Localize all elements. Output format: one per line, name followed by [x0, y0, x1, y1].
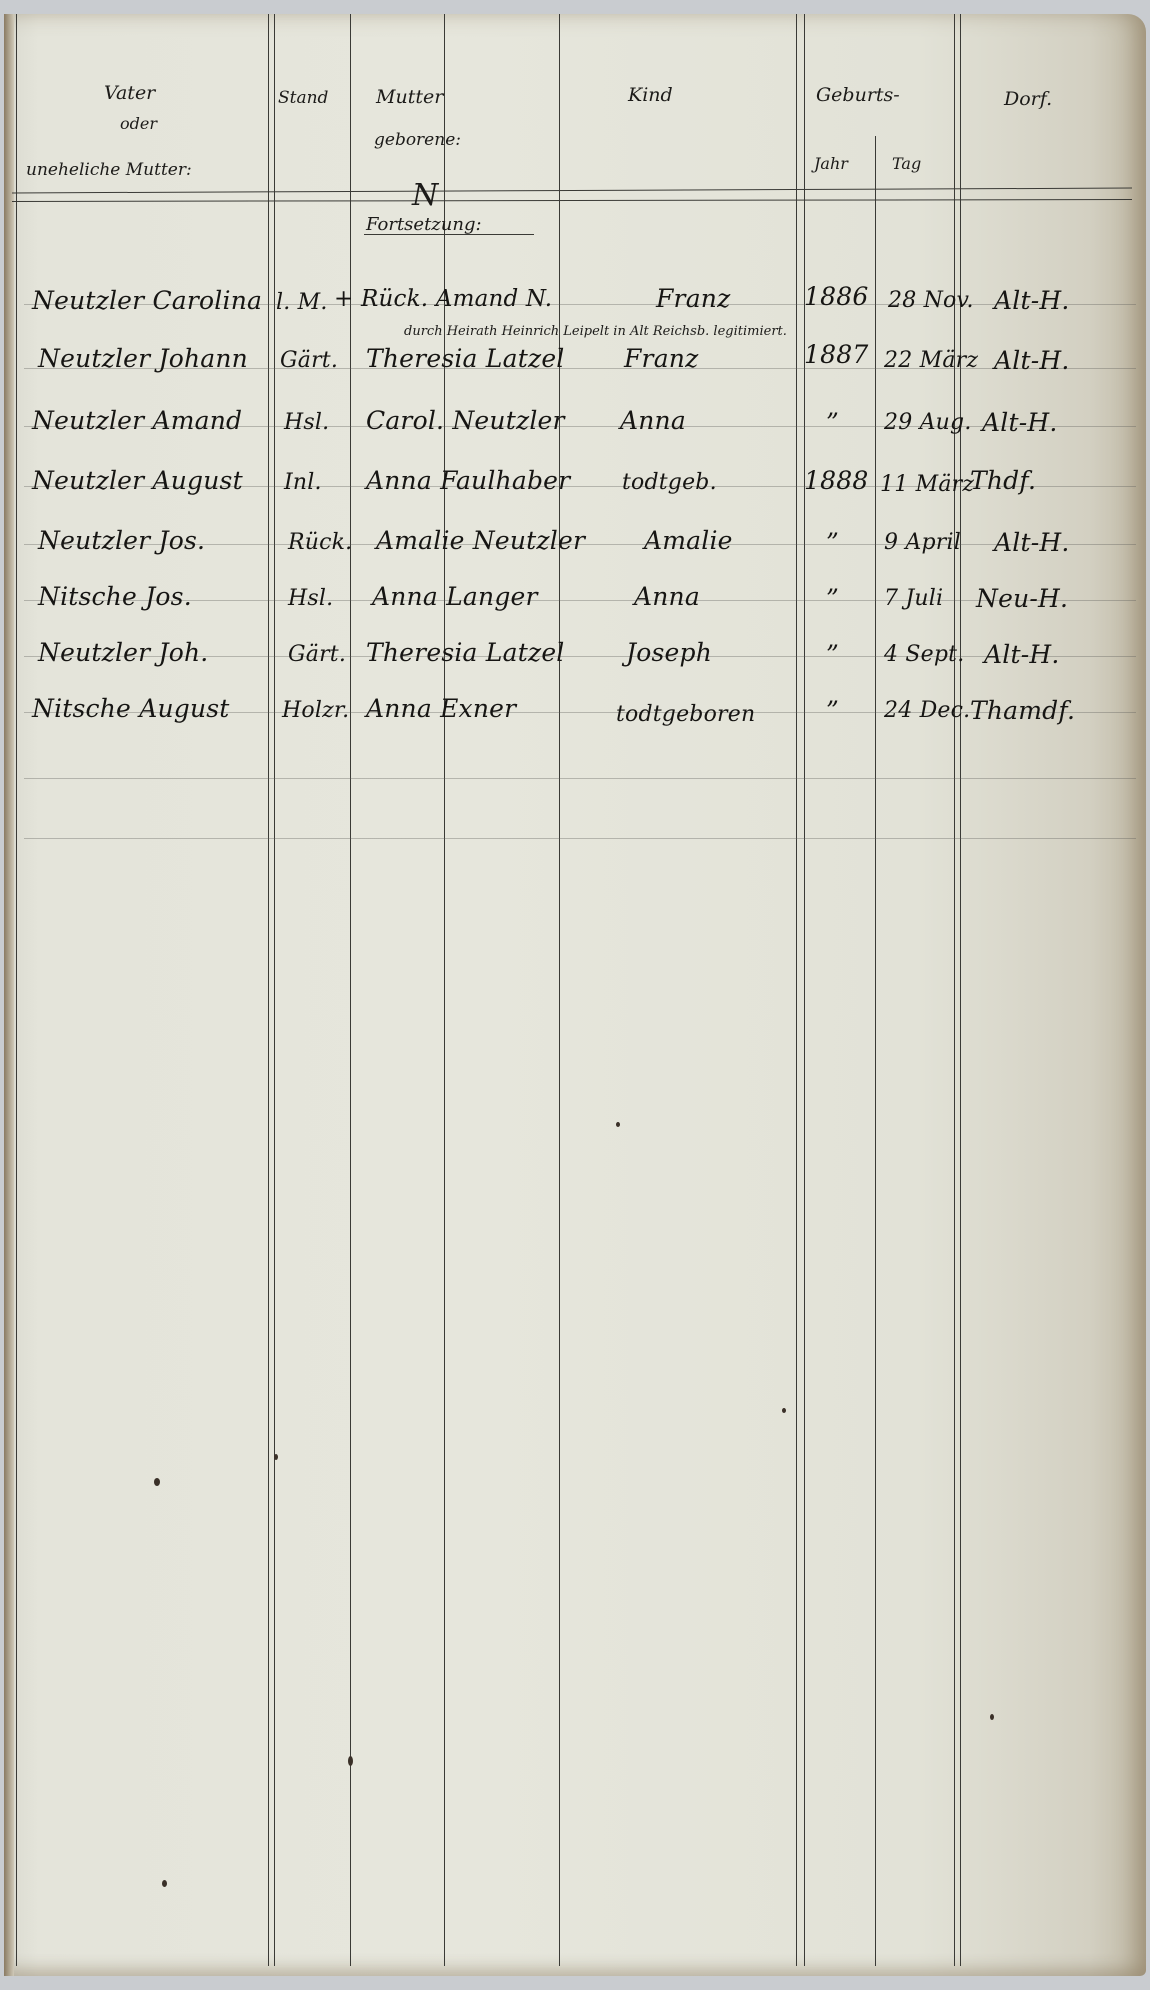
row5-mother: Amalie Neutzler: [376, 526, 585, 555]
row2-child: Franz: [624, 344, 698, 373]
header-mother-born: geborene:: [374, 130, 461, 150]
header-birth-year: Jahr: [814, 154, 848, 173]
row2-mother: Theresia Latzel: [366, 344, 565, 373]
header-mother: Mutter: [376, 86, 443, 108]
row6-day: 7 Juli: [884, 586, 943, 611]
row8-year-ditto: ”: [826, 696, 839, 725]
ink-speck: [348, 1756, 353, 1766]
row3-mother: Carol. Neutzler: [366, 406, 565, 435]
row7-child: Joseph: [626, 638, 712, 667]
column-rule: [16, 14, 17, 1966]
row5-status: Rück.: [288, 530, 352, 555]
header-status: Stand: [278, 88, 328, 108]
header-father: Vater: [104, 82, 155, 104]
row4-father: Neutzler August: [32, 466, 243, 495]
row1-mother: + Rück. Amand N.: [334, 286, 552, 312]
header-birth-day: Tag: [892, 154, 921, 173]
header-child: Kind: [628, 84, 673, 106]
row6-child: Anna: [634, 582, 700, 611]
row6-status: Hsl.: [288, 586, 333, 611]
row1-village: Alt-H.: [994, 286, 1070, 315]
row7-status: Gärt.: [288, 642, 346, 667]
ink-speck: [990, 1714, 994, 1720]
row7-mother: Theresia Latzel: [366, 638, 565, 667]
row5-year-ditto: ”: [826, 528, 839, 557]
row5-day: 9 April: [884, 530, 961, 555]
row4-mother: Anna Faulhaber: [366, 466, 570, 495]
row4-status: Inl.: [284, 470, 322, 495]
header-rule: [12, 188, 1132, 194]
ink-speck: [616, 1122, 620, 1127]
row8-status: Holzr.: [282, 698, 349, 723]
header-village: Dorf.: [1004, 88, 1052, 110]
row2-status: Gärt.: [280, 348, 338, 373]
row3-village: Alt-H.: [982, 408, 1058, 437]
row1-year: 1886: [804, 282, 868, 311]
ink-speck: [154, 1478, 160, 1486]
column-rule: [274, 14, 275, 1966]
row8-day: 24 Dec.: [884, 698, 970, 723]
register-page: Vater oder uneheliche Mutter: Stand Mutt…: [4, 14, 1146, 1976]
row5-child: Amalie: [644, 526, 733, 555]
row7-village: Alt-H.: [984, 640, 1060, 669]
column-rule: [268, 14, 269, 1966]
row2-father: Neutzler Johann: [38, 344, 248, 373]
column-rule: [875, 136, 876, 1966]
row3-day: 29 Aug.: [884, 410, 972, 435]
row2-year: 1887: [804, 340, 868, 369]
row8-mother: Anna Exner: [366, 694, 516, 723]
row1-status: l. M.: [276, 290, 328, 315]
row5-father: Neutzler Jos.: [38, 526, 205, 555]
row6-year-ditto: ”: [826, 584, 839, 613]
row1-legitimation-note: durch Heirath Heinrich Leipelt in Alt Re…: [404, 324, 787, 339]
row4-child: todtgeb.: [622, 470, 717, 495]
ink-speck: [274, 1454, 278, 1460]
book-binding: [4, 14, 14, 1976]
header-father-unmarried: uneheliche Mutter:: [26, 160, 192, 180]
row8-child: todtgeboren: [616, 702, 755, 727]
column-rule: [796, 14, 797, 1966]
section-letter: N: [412, 178, 438, 213]
header-father-or: oder: [120, 114, 157, 133]
row7-day: 4 Sept.: [884, 642, 964, 667]
continuation-label: Fortsetzung:: [366, 214, 482, 235]
row1-father: Neutzler Carolina: [32, 286, 262, 315]
row1-day: 28 Nov.: [888, 288, 974, 313]
ink-speck: [782, 1408, 786, 1413]
row8-village: Thamdf.: [970, 696, 1075, 725]
row7-father: Neutzler Joh.: [38, 638, 208, 667]
row2-village: Alt-H.: [994, 346, 1070, 375]
row6-father: Nitsche Jos.: [38, 582, 192, 611]
header-birth: Geburts-: [816, 84, 900, 106]
row3-child: Anna: [620, 406, 686, 435]
row1-child: Franz: [656, 284, 730, 313]
column-rule: [559, 14, 560, 1966]
row3-status: Hsl.: [284, 410, 329, 435]
row4-village: Thdf.: [970, 466, 1036, 495]
row3-year-ditto: ”: [826, 408, 839, 437]
row6-mother: Anna Langer: [372, 582, 538, 611]
row4-day: 11 März: [880, 472, 974, 497]
row8-father: Nitsche August: [32, 694, 230, 723]
ink-speck: [162, 1880, 167, 1887]
row5-village: Alt-H.: [994, 528, 1070, 557]
row7-year-ditto: ”: [826, 640, 839, 669]
header-rule: [12, 199, 1132, 202]
row3-father: Neutzler Amand: [32, 406, 242, 435]
row6-village: Neu-H.: [976, 584, 1068, 613]
row2-day: 22 März: [884, 348, 978, 373]
row4-year: 1888: [804, 466, 868, 495]
